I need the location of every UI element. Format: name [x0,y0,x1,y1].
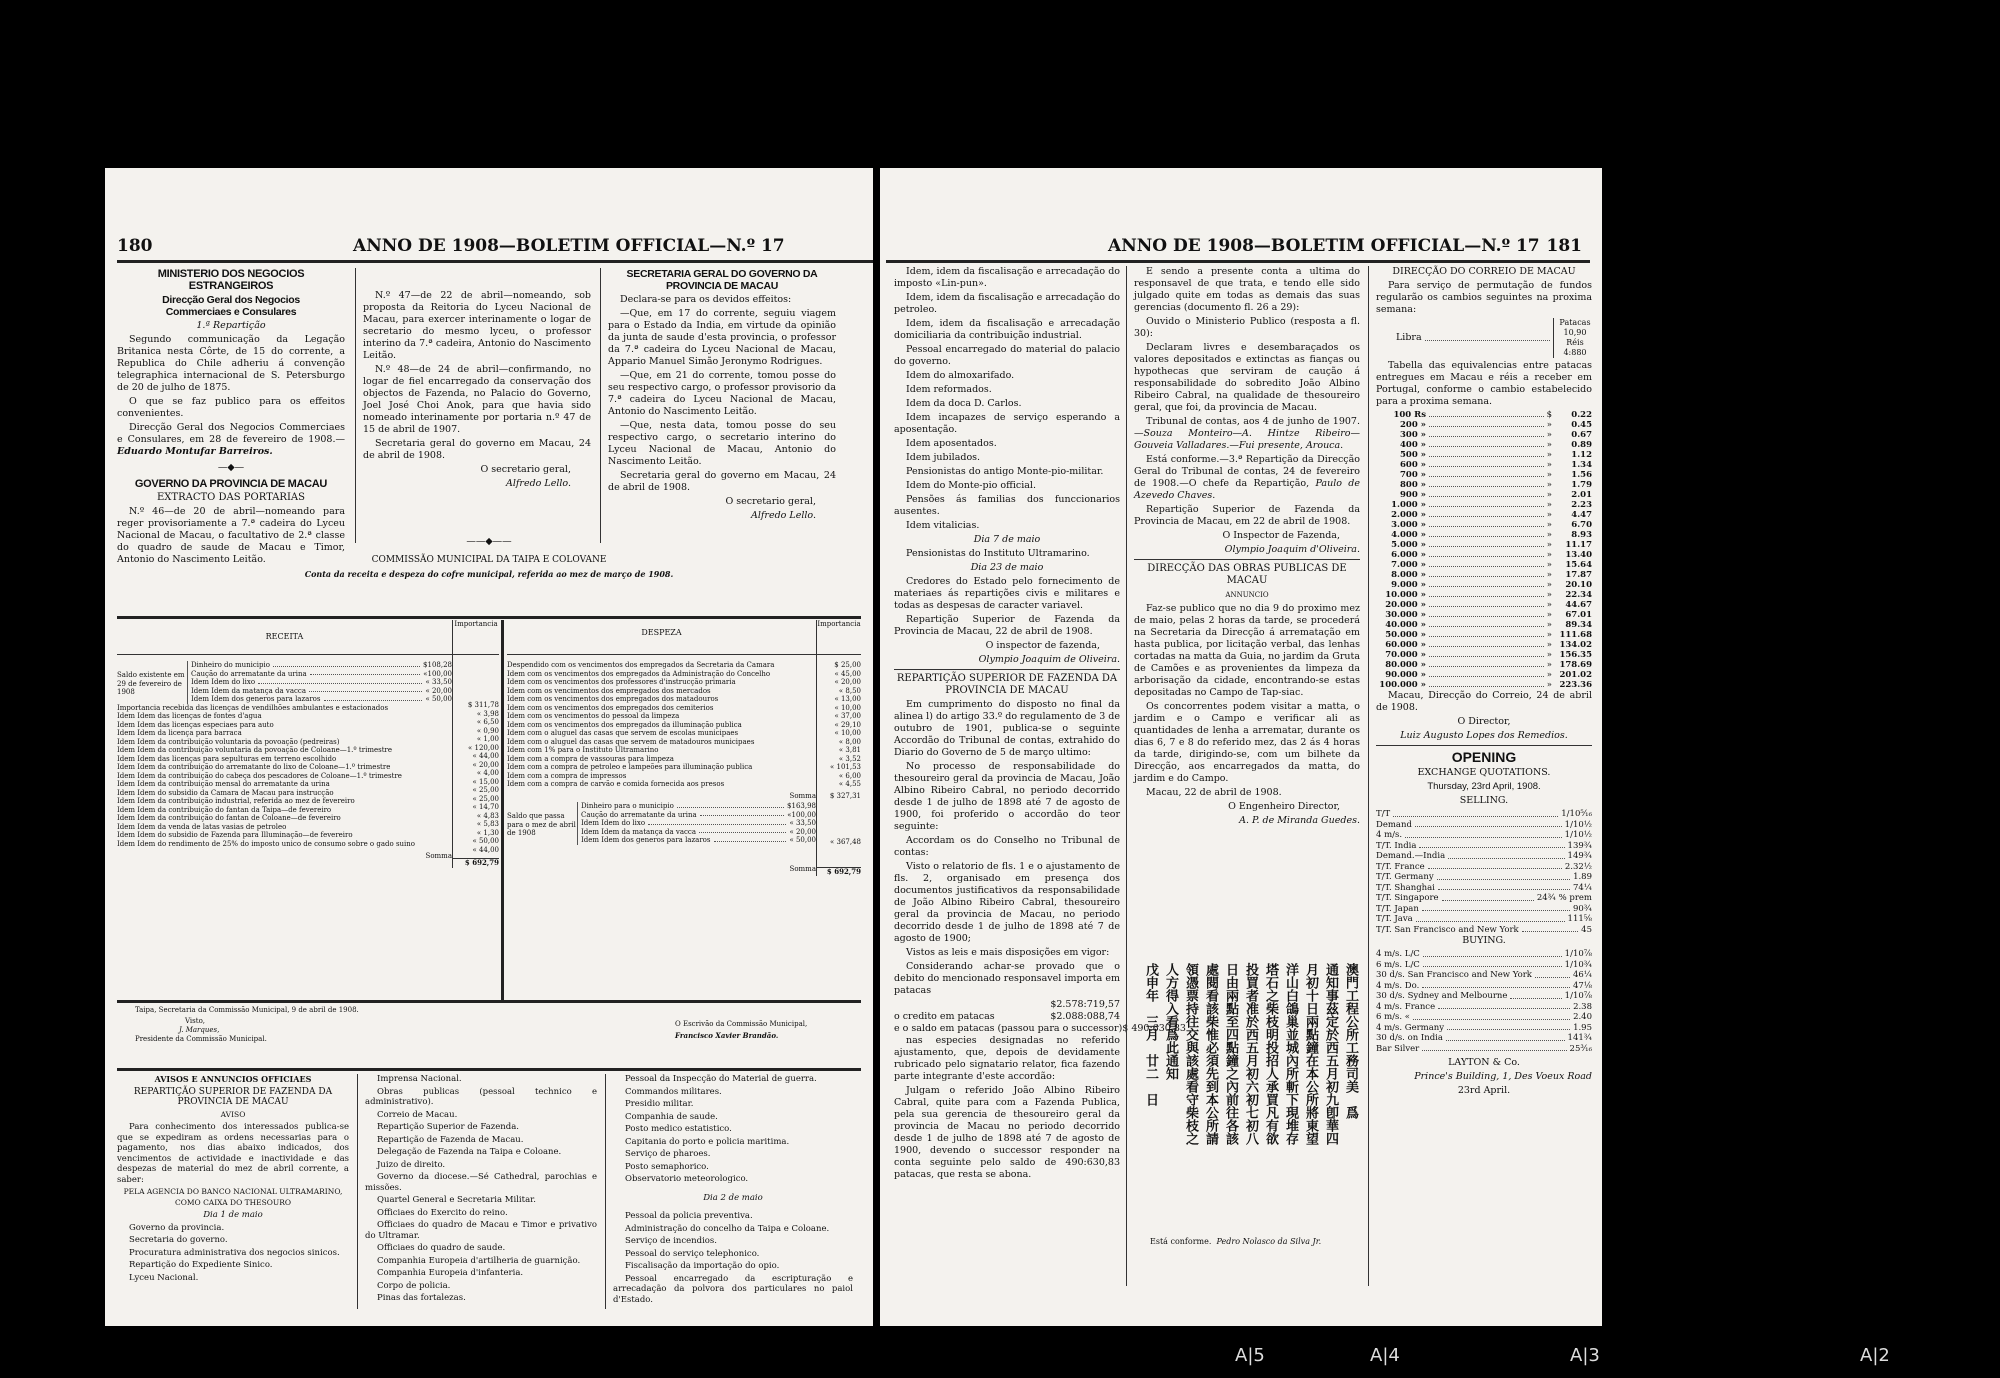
payment-item: Idem, idem da fiscalisação e arrecadação… [894,266,1120,290]
saldo-passa-label: Saldo que passa para o mez de abril de 1… [507,802,577,845]
buying-rate: 6 m/s. «2.40 [1376,1012,1592,1023]
saldo-passa-items: Dinheiro para o municipio$163,98Caução d… [577,802,816,845]
saldo-passa-item: Idem Idem dos generos para lazaros« 50,0… [581,836,816,845]
despeza-table: DESPEZA Importancia Despendido com os ve… [507,620,861,876]
row-label: T/T. Java [1376,914,1413,925]
payment-item: Pessoal do serviço telephonico. [613,1249,853,1260]
payment-item: Companhia Europeia d'artilheria de guarn… [365,1256,597,1267]
payment-item: Posto semaphorico. [613,1162,853,1173]
reis-amount: 2.000 » [1376,510,1426,520]
receita-header: RECEITA [117,620,452,654]
inspector-name: Olympio Joaquim d'Oliveira. [1134,544,1360,556]
receita-row: Idem Idem da contribuição voluntaria da … [117,738,452,747]
patacas-amount: 0.67 [1552,430,1592,440]
leader-dots [310,670,421,676]
governo-signature-title: O secretario geral, [363,464,591,476]
leader-dots [1429,620,1544,627]
patacas-amount: 1.56 [1552,470,1592,480]
reis-amount: 9.000 » [1376,580,1426,590]
portarias-section: N.º 47—de 22 de abril—nomeando, sob prop… [363,268,591,492]
despeza-header: DESPEZA [507,620,816,654]
row-value: 141¾ [1568,1033,1592,1044]
row-value: 111⅝ [1568,914,1592,925]
payment-item: Observatorio meteorologico. [613,1174,853,1185]
buying-rate: 4 m/s. France2.38 [1376,1002,1592,1013]
obras-paragraph: Faz-se publico que no dia 9 do proximo m… [1134,603,1360,699]
row-value: «100,00 [787,811,816,820]
buying-rate: Bar Silver25³⁄₁₆ [1376,1044,1592,1055]
firm-name: LAYTON & Co. [1376,1057,1592,1069]
importancia-header: Importancia [452,620,499,654]
film-mark: A|2 [1860,1345,1890,1366]
despeza-row: Idem com os vencimentos dos professores … [507,678,816,687]
row-value: 2.38 [1573,1002,1592,1013]
despeza-row: Idem com os vencimentos dos empregados d… [507,704,816,713]
payment-item: Pessoal da Inspecção do Material de guer… [613,1074,853,1085]
visto-name: J. Marques, [135,1026,495,1035]
row-label: 4 m/s. [1376,830,1402,841]
leader-dots [1429,580,1544,587]
commissao-footer: Taipa, Secretaria da Commissão Municipal… [135,1006,495,1046]
payment-item: Administração do concelho da Taipa e Col… [613,1224,853,1235]
equivalence-row: 400 »»0.89 [1376,440,1592,450]
row-value: « 50,00 [425,695,452,704]
dia-7-item: Pensionistas do Instituto Ultramarino. [894,548,1120,560]
leader-dots [1438,883,1570,891]
right-col-1: Idem, idem da fiscalisação e arrecadação… [894,266,1120,1183]
row-value: « 20,00 [789,828,816,837]
receita-row: Idem Idem da licença para barraca [117,729,452,738]
row-label: 6 m/s. L/C [1376,960,1420,971]
leader-dots [1429,530,1544,537]
chinese-column: 通知事茲定於西五月初九卽華四 [1323,963,1338,1223]
row-label: Idem Idem dos generos para lazaros [191,695,321,704]
payment-item: Officiaes do Exercito do reino. [365,1208,597,1219]
despeza-value: « 6,00 [817,772,861,781]
saldo-passa-item: Idem Idem do lixo« 33,50 [581,819,816,828]
payment-item: Serviço de incendios. [613,1236,853,1247]
secretaria-signature-title: O secretario geral, [608,496,836,508]
escrivao-name: Francisco Xavier Brandão. [675,1031,855,1040]
row-label: Caução do arrematante da urina [191,670,307,679]
portaria-48: N.º 48—de 24 de abril—confirmando, no lo… [363,364,591,436]
payment-list-3: Pessoal da Inspecção do Material de guer… [613,1074,853,1185]
row-value: « 20,00 [425,687,452,696]
payment-item: Pessoal da policia preventiva. [613,1211,853,1222]
equivalence-row: 30.000 »»67.01 [1376,610,1592,620]
reis-amount: 6.000 » [1376,550,1426,560]
payment-item: Presidio militar. [613,1099,853,1110]
equivalence-row: 20.000 »»44.67 [1376,600,1592,610]
payment-item: Officiaes do quadro de Macau e Timor e p… [365,1220,597,1241]
agencia-label: PELA AGENCIA DO BANCO NACIONAL ULTRAMARI… [117,1187,349,1208]
patacas-amount: 67.01 [1552,610,1592,620]
repartição-paragraph: nas especies designadas no referido ajus… [894,1035,1120,1083]
patacas-amount: 6.70 [1552,520,1592,530]
patacas-amount: 0.45 [1552,420,1592,430]
patacas-amount: 13.40 [1552,550,1592,560]
repartição-paragraph: Visto o relatorio de fls. 1 e o ajustame… [894,861,1120,945]
visto: Visto, [135,1017,495,1026]
receita-row: Idem Idem do subsidio da Camara de Macau… [117,789,452,798]
patacas-amount: 111.68 [1552,630,1592,640]
selling-rate: T/T1/10⁵⁄₁₆ [1376,809,1592,820]
receita-values: $ 311,78« 3,98« 6,50« 0,90« 1,00« 120,00… [452,655,499,868]
correio-heading: DIRECÇÃO DO CORREIO DE MACAU [1376,266,1592,278]
chinese-column: 洋山白鴿巢並城內所斬下現堆存 [1283,963,1298,1223]
receita-value: « 5,83 [453,820,499,829]
patacas-amount: 2.01 [1552,490,1592,500]
row-label: T/T. Japan [1376,904,1419,915]
leader-dots [1429,640,1544,647]
repartição-paragraph: No processo de responsabilidade do theso… [894,761,1120,833]
reis-amount: 80.000 » [1376,660,1426,670]
row-label: T/T. Shanghai [1376,883,1435,894]
leader-dots [1419,841,1564,849]
dia-1-label: Dia 1 de maio [117,1210,349,1221]
leader-dots [1429,560,1544,567]
row-value: 1.89 [1573,872,1592,883]
despeza-row: Idem com os vencimentos dos empregados d… [507,687,816,696]
row-value: 139¾ [1568,841,1592,852]
leader-dots [1429,500,1544,507]
row-label: Dinheiro do municipio [191,661,270,670]
payment-list-2: Imprensa Nacional.Obras publicas (pessoa… [365,1074,597,1306]
equivalence-row: 4.000 »»8.93 [1376,530,1592,540]
buying-heading: BUYING. [1376,935,1592,947]
buying-rate: 6 m/s. L/C1/10¾ [1376,960,1592,971]
commissao-header: ——◆—— COMMISSÃO MUNICIPAL DA TAIPA E COL… [117,536,861,582]
row-label: Demand [1376,820,1412,831]
equivalence-row: 900 »»2.01 [1376,490,1592,500]
despeza-value: « 8,50 [817,687,861,696]
payment-item: Repartição do Expediente Sinico. [117,1260,349,1271]
leader-dots [1429,460,1544,467]
row-value: « 50,00 [789,836,816,845]
avisos-subheading: REPARTIÇÃO SUPERIOR DE FAZENDA DA PROVIN… [117,1087,349,1108]
annuncio-label: ANNUNCIO [1134,589,1360,601]
receita-value: « 4,00 [453,769,499,778]
running-title-right: ANNO DE 1908—BOLETIM OFFICIAL—N.º 17 [1108,236,1540,256]
equivalence-row: 200 »»0.45 [1376,420,1592,430]
leader-dots [1429,420,1544,427]
row-value: « 33,50 [425,678,452,687]
opening-heading: OPENING [1376,749,1592,765]
row-value: 1/10⅞ [1565,949,1592,960]
leader-dots [1429,540,1544,547]
buying-rate: 4 m/s. L/C1/10⅞ [1376,949,1592,960]
ministerio-section: MINISTERIO DOS NEGOCIOS ESTRANGEIROS Dir… [117,268,345,568]
row-value: 1/10½ [1565,830,1592,841]
reis-amount: 100.000 » [1376,680,1426,690]
leader-dots [309,687,422,693]
leader-dots [1429,650,1544,657]
despeza-rows: Despendido com os vencimentos dos empreg… [507,661,816,789]
row-label: Idem Idem da matança da vacca [191,687,306,696]
row-label: Dinheiro para o municipio [581,802,674,811]
leader-dots [1422,904,1570,912]
fazenda-date: Repartição Superior de Fazenda da Provin… [894,614,1120,638]
chinese-column: 澳門工程公所工務司美 爲 [1343,963,1358,1223]
right-col-3: DIRECÇÃO DO CORREIO DE MACAU Para serviç… [1376,266,1592,1099]
aviso-label: AVISO [117,1110,349,1121]
reis-amount: 600 » [1376,460,1426,470]
leader-dots [700,811,785,817]
ministerio-heading: MINISTERIO DOS NEGOCIOS ESTRANGEIROS [117,268,345,292]
chinese-column: 投買者准於西五月初六初七初八 [1243,963,1258,1223]
row-value: 1.95 [1573,1023,1592,1034]
receita-row: Idem Idem das licenças para sepulturas e… [117,755,452,764]
payment-item: Governo da provincia. [117,1223,349,1234]
payment-list-continued: Idem, idem da fiscalisação e arrecadação… [894,266,1120,532]
selling-rates: T/T1/10⁵⁄₁₆Demand1/10½4 m/s.1/10½T/T. In… [1376,809,1592,935]
payment-item: Idem jubilados. [894,452,1120,464]
leader-dots [1447,1023,1570,1031]
aviso-paragraph: Para conhecimento dos interessados publi… [117,1122,349,1185]
left-header: 180 ANNO DE 1908—BOLETIM OFFICIAL—N.º 17 [105,232,873,262]
receita-value: « 25,00 [453,786,499,795]
equivalence-row: 7.000 »»15.64 [1376,560,1592,570]
row-value: « 33,50 [789,819,816,828]
despeza-total-label: Somma [790,865,816,874]
tribunal-paragraph: Ouvido o Ministerio Publico (resposta a … [1134,316,1360,340]
payment-item: Companhia Europeia d'infanteria. [365,1268,597,1279]
reis-amount: 1.000 » [1376,500,1426,510]
receita-total: $ 692,79 [453,858,499,868]
row-value: 90¾ [1573,904,1592,915]
selling-rate: T/T. Japan90¾ [1376,904,1592,915]
patacas-amount: 178.69 [1552,660,1592,670]
receita-row: Importancia recebida das licenças de ven… [117,704,452,713]
patacas-amount: 0.89 [1552,440,1592,450]
reis-amount: 60.000 » [1376,640,1426,650]
repartição-paragraph: Vistos as leis e mais disposições em vig… [894,947,1120,959]
equivalence-row: 80.000 »»178.69 [1376,660,1592,670]
leader-dots [273,661,420,667]
conforme-label: Está conforme. [1150,1237,1211,1246]
payment-item: Secretaria do governo. [117,1235,349,1246]
row-label: Caução do arrematante da urina [581,811,697,820]
chinese-notice: 澳門工程公所工務司美 爲通知事茲定於西五月初九卽華四月初十日兩點鐘在本公所將東望… [1142,963,1358,1223]
dia-7-label: Dia 7 de maio [894,534,1120,546]
payment-item: Idem, idem da fiscalisação e arrecadação… [894,292,1120,316]
payment-item: Procuratura administrativa dos negocios … [117,1248,349,1259]
leader-dots [1423,949,1562,957]
row-label: 30 d/s. Sydney and Melbourne [1376,991,1507,1002]
row-label: 4 m/s. France [1376,1002,1435,1013]
reis-amount: 400 » [1376,440,1426,450]
ministerio-section-label: 1.ª Repartição [117,320,345,332]
leader-dots [258,678,422,684]
page-number-right: 181 [1547,236,1583,256]
selling-rate: T/T. Java111⅝ [1376,914,1592,925]
reis-amount: 200 » [1376,420,1426,430]
governo-signature-name: Alfredo Lello. [363,478,591,490]
secretaria-item: —Que, nesta data, tomou posse do seu res… [608,420,836,468]
saldo-label: Saldo existente em 29 de fevereiro de 19… [117,661,187,704]
equivalence-row: 10.000 »»22.34 [1376,590,1592,600]
selling-rate: 4 m/s.1/10½ [1376,830,1592,841]
obras-heading: DIRECÇÃO DAS OBRAS PUBLICAS DE MACAU [1134,563,1360,587]
buying-rate: 30 d/s. on India141¾ [1376,1033,1592,1044]
equivalence-row: 500 »»1.12 [1376,450,1592,460]
despeza-row: Idem com os vencimentos do pessoal da li… [507,712,816,721]
receita-row: Idem Idem das licenças especiaes para au… [117,721,452,730]
fazenda-date-2: Repartição Superior de Fazenda da Provin… [1134,504,1360,528]
equivalence-row: 70.000 »»156.35 [1376,650,1592,660]
row-label: 30 d/s. San Francisco and New York [1376,970,1532,981]
saldo-passa-item: Caução do arrematante da urina«100,00 [581,811,816,820]
leader-dots [1429,630,1544,637]
governo-heading: GOVERNO DA PROVINCIA DE MACAU [117,478,345,490]
saldo-item: Dinheiro do municipio$108,28 [191,661,452,670]
payment-item: Pensões ás familias dos funccionarios au… [894,494,1120,518]
despeza-subtotal: $ 327,31 [817,792,861,801]
equivalence-row: 40.000 »»89.34 [1376,620,1592,630]
correio-date: Macau, Direcção do Correio, 24 de abril … [1376,690,1592,714]
secretaria-heading: SECRETARIA GERAL DO GOVERNO DA PROVINCIA… [608,268,836,292]
leader-dots [1535,970,1570,978]
row-label: 4 m/s. Do. [1376,981,1419,992]
leader-dots [1429,450,1544,457]
payment-item: Idem da doca D. Carlos. [894,398,1120,410]
ministerio-paragraph: Segundo communicação da Legação Britanic… [117,334,345,394]
saldo-passa-item: Dinheiro para o municipio$163,98 [581,802,816,811]
row-value: 25³⁄₁₆ [1570,1044,1592,1055]
receita-value: « 4,83 [453,812,499,821]
despeza-values: $ 25,00« 45,00« 20,00« 8,50« 13,00« 10,0… [816,655,861,876]
despeza-row: Idem com o aluguel das casas que servem … [507,729,816,738]
repartição-heading: REPARTIÇÃO SUPERIOR DE FAZENDA DA PROVIN… [894,673,1120,697]
receita-value: « 25,00 [453,795,499,804]
credito-label: o credito em patacas [894,1011,995,1023]
payment-item: Idem reformados. [894,384,1120,396]
despeza-value: « 3,81 [817,746,861,755]
row-value: 2.32½ [1565,862,1592,873]
patacas-amount: 1.34 [1552,460,1592,470]
leader-dots [1437,872,1570,880]
leader-dots [1429,660,1544,667]
patacas-amount: 2.23 [1552,500,1592,510]
reis-amount: 800 » [1376,480,1426,490]
despeza-row: Idem com o aluguel das casas que servem … [507,738,816,747]
film-mark: A|5 [1235,1345,1265,1366]
despeza-value: $ 25,00 [817,661,861,670]
equivalence-row: 50.000 »»111.68 [1376,630,1592,640]
patacas-amount: 22.34 [1552,590,1592,600]
buying-rate: 30 d/s. San Francisco and New York46¼ [1376,970,1592,981]
payment-list-3-container: Pessoal da Inspecção do Material de guer… [613,1074,853,1307]
reis-amount: 8.000 » [1376,570,1426,580]
selling-rate: T/T. San Francisco and New York45 [1376,925,1592,936]
receita-row: Idem Idem das licenças de fontes d'agua [117,712,452,721]
despeza-row: Idem com os vencimentos dos empregados d… [507,695,816,704]
row-value: 74¼ [1573,883,1592,894]
saldo-item: Idem Idem da matança da vacca« 20,00 [191,687,452,696]
despeza-value: « 29,10 [817,721,861,730]
despeza-row: Idem com a compra de vassouras para limp… [507,755,816,764]
leader-dots [1522,925,1578,933]
despeza-row: Idem com os vencimentos dos empregados d… [507,721,816,730]
film-mark: A|3 [1570,1345,1600,1366]
receita-row: Idem Idem da contribuição do fantan de C… [117,814,452,823]
leader-dots [324,695,423,701]
ministerio-subheading-2: Commerciaes e Consulares [117,306,345,318]
payment-item: Idem, idem da fiscalisação e arrecadação… [894,318,1120,342]
payment-list-1: Governo da provincia.Secretaria do gover… [117,1223,349,1284]
chinese-column: 處閱看該柴惟必須先到本公所請 [1203,963,1218,1223]
saldo-label-tribunal: e o saldo em patacas (passou para o succ… [894,1023,1122,1035]
reis-amount: 5.000 » [1376,540,1426,550]
saldo-item: Idem Idem do lixo« 33,50 [191,678,452,687]
left-page: 180 ANNO DE 1908—BOLETIM OFFICIAL—N.º 17… [105,168,873,1326]
leader-dots [1429,590,1544,597]
payment-item: Pessoal encarregado do material do palac… [894,344,1120,368]
buying-rate: 4 m/s. Germany1.95 [1376,1023,1592,1034]
selling-rate: T/T. Shanghai74¼ [1376,883,1592,894]
despeza-total: $ 692,79 [817,867,861,877]
equivalence-row: 800 »»1.79 [1376,480,1592,490]
dia-23-item: Credores do Estado pelo fornecimento de … [894,576,1120,612]
row-label: T/T. San Francisco and New York [1376,925,1519,936]
chinese-column: 塔石之柴枝明投招人承買凡有欲 [1263,963,1278,1223]
row-label: T/T. India [1376,841,1416,852]
despeza-value: « 37,00 [817,712,861,721]
buying-rate: 30 d/s. Sydney and Melbourne1/10⅞ [1376,991,1592,1002]
leader-dots [1428,862,1562,870]
reis-amount: 4.000 » [1376,530,1426,540]
exchange-date: Thursday, 23rd April, 1908. [1376,781,1592,793]
equivalence-row: 60.000 »»134.02 [1376,640,1592,650]
row-label: T/T. Singapore [1376,893,1439,904]
payment-item: Idem aposentados. [894,438,1120,450]
equivalence-row: 3.000 »»6.70 [1376,520,1592,530]
receita-row: Idem Idem da contribuição mensal do arre… [117,780,452,789]
leader-dots [1423,960,1562,968]
despeza-row: Idem com 1% para o Instituto Ultramarino [507,746,816,755]
payment-item: Capitania do porto e policia maritima. [613,1137,853,1148]
patacas-amount: 1.79 [1552,480,1592,490]
reis-amount: 30.000 » [1376,610,1426,620]
row-label: Demand.—India [1376,851,1445,862]
payment-item: Lyceu Nacional. [117,1273,349,1284]
despeza-value: « 4,55 [817,780,861,789]
chinese-column: 日由兩點至四點鐘之內前往各該 [1223,963,1238,1223]
right-page: ANNO DE 1908—BOLETIM OFFICIAL—N.º 17 181… [880,168,1602,1326]
reis-amount: 300 » [1376,430,1426,440]
row-value: 1/10¾ [1565,960,1592,971]
repartição-paragraph: Accordam os do Conselho no Tribunal de c… [894,835,1120,859]
chinese-column: 月初十日兩點鐘在本公所將東望 [1303,963,1318,1223]
payment-item: Repartição de Fazenda de Macau. [365,1135,597,1146]
secretaria-section: SECRETARIA GERAL DO GOVERNO DA PROVINCIA… [608,268,836,524]
fazenda-signature-title: O inspector de fazenda, [894,640,1120,652]
libra-patacas: 10,90 [1558,328,1592,338]
leader-dots [1429,410,1544,417]
leader-dots [1429,680,1544,687]
reis-amount: 7.000 » [1376,560,1426,570]
secretaria-intro: Declara-se para os devidos effeitos: [608,294,836,306]
repartição-paragraph: Julgam o referido João Albino Ribeiro Ca… [894,1085,1120,1181]
patacas-amount: 20.10 [1552,580,1592,590]
buying-rate: 4 m/s. Do.47⅛ [1376,981,1592,992]
payment-item: Pinas das fortalezas. [365,1293,597,1304]
avisos-heading: AVISOS E ANNUNCIOS OFFICIAES [117,1074,349,1085]
reis-amount: 90.000 » [1376,670,1426,680]
patacas-amount: 134.02 [1552,640,1592,650]
leader-dots [1429,430,1544,437]
payment-item: Correio de Macau. [365,1110,597,1121]
